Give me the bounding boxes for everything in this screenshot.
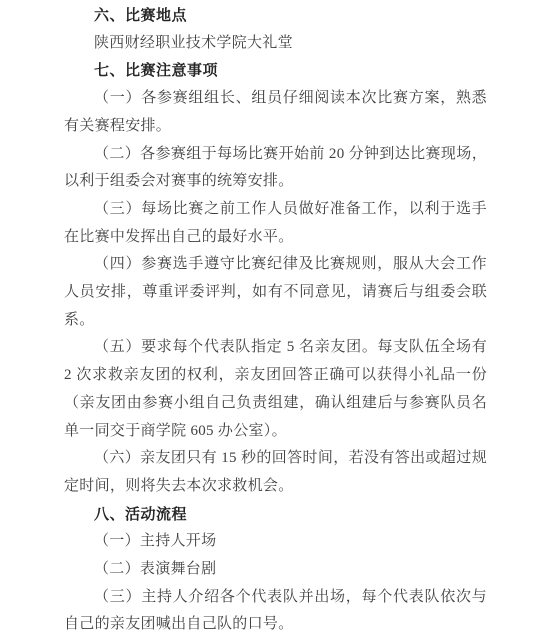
heading-section-8-process: 八、活动流程 xyxy=(64,501,487,529)
paragraph-note-5: （五）要求每个代表队指定 5 名亲友团。每支队伍全场有 2 次求救亲友团的权利，… xyxy=(64,334,487,445)
paragraph-note-2: （二）各参赛组于每场比赛开始前 20 分钟到达比赛现场，以利于组委会对赛事的统筹… xyxy=(64,141,487,196)
paragraph-note-6: （六）亲友团只有 15 秒的回答时间，若没有答出或超过规定时间，则将失去本次求救… xyxy=(64,445,487,500)
paragraph-note-3: （三）每场比赛之前工作人员做好准备工作，以利于选手在比赛中发挥出自己的最好水平。 xyxy=(64,196,487,251)
heading-section-6-venue: 六、比赛地点 xyxy=(64,2,487,30)
paragraph-venue-name: 陕西财经职业技术学院大礼堂 xyxy=(64,30,487,58)
paragraph-process-3: （三）主持人介绍各个代表队并出场，每个代表队依次与自己的亲友团喊出自己队的口号。 xyxy=(64,584,487,639)
paragraph-process-2: （二）表演舞台剧 xyxy=(64,556,487,584)
paragraph-note-1: （一）各参赛组组长、组员仔细阅读本次比赛方案，熟悉有关赛程安排。 xyxy=(64,85,487,140)
document-page: 六、比赛地点 陕西财经职业技术学院大礼堂 七、比赛注意事项 （一）各参赛组组长、… xyxy=(0,0,549,641)
document-body: 六、比赛地点 陕西财经职业技术学院大礼堂 七、比赛注意事项 （一）各参赛组组长、… xyxy=(64,2,487,639)
heading-section-7-notes: 七、比赛注意事项 xyxy=(64,57,487,85)
paragraph-note-4: （四）参赛选手遵守比赛纪律及比赛规则，服从大会工作人员安排，尊重评委评判，如有不… xyxy=(64,251,487,334)
paragraph-process-1: （一）主持人开场 xyxy=(64,528,487,556)
